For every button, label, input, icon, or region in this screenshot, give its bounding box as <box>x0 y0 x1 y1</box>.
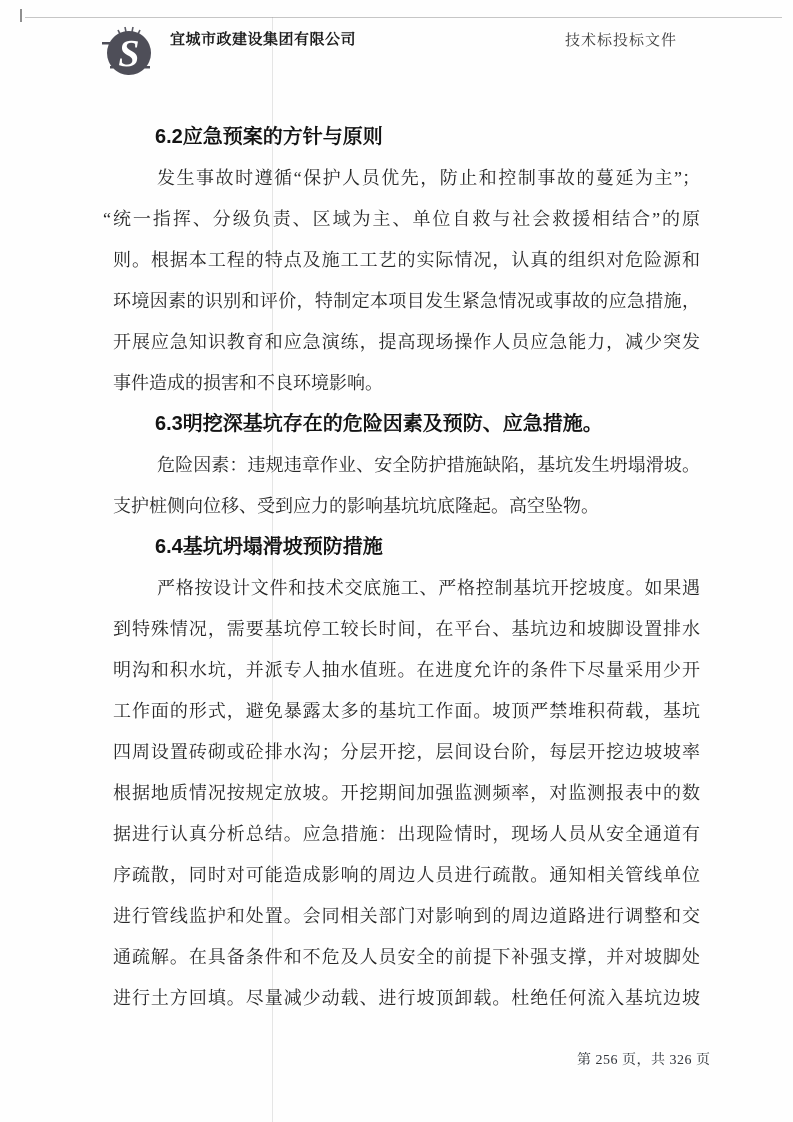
text-line: 严格按设计文件和技术交底施工、严格控制基坑开挖坡度。如果遇 <box>113 568 700 609</box>
text-line: 环境因素的识别和评价，特制定本项目发生紧急情况或事故的应急措施， <box>113 281 700 322</box>
section-heading-6-3: 6.3明挖深基坑存在的危险因素及预防、应急措施。 <box>113 404 700 445</box>
page-number: 第 256 页，共 326 页 <box>577 1049 711 1069</box>
text-line: 明沟和积水坑，并派专人抽水值班。在进度允许的条件下尽量采用少开 <box>113 650 700 691</box>
text-line: 支护桩侧向位移、受到应力的影响基坑坑底隆起。高空坠物。 <box>113 486 700 527</box>
document-body: 6.2应急预案的方针与原则 发生事故时遵循“保护人员优先，防止和控制事故的蔓延为… <box>113 117 700 1019</box>
text-line: 进行管线监护和处置。会同相关部门对影响到的周边道路进行调整和交 <box>113 896 700 937</box>
svg-text:S: S <box>118 33 139 75</box>
scan-tick-mark <box>20 9 22 22</box>
text-line: 通疏解。在具备条件和不危及人员安全的前提下补强支撑，并对坡脚处 <box>113 937 700 978</box>
text-line: 事件造成的损害和不良环境影响。 <box>113 363 700 404</box>
company-logo-icon: S <box>100 22 158 83</box>
document-type-label: 技术标投标文件 <box>565 29 677 50</box>
section-heading-6-2: 6.2应急预案的方针与原则 <box>113 117 700 158</box>
company-name: 宜城市政建设集团有限公司 <box>170 28 356 49</box>
text-line: 工作面的形式，避免暴露太多的基坑工作面。坡顶严禁堆积荷载，基坑 <box>113 691 700 732</box>
text-line: 危险因素：违规违章作业、安全防护措施缺陷，基坑发生坍塌滑坡。 <box>113 445 700 486</box>
text-line: 四周设置砖砌或砼排水沟；分层开挖，层间设台阶，每层开挖边坡坡率 <box>113 732 700 773</box>
text-line: 到特殊情况，需要基坑停工较长时间，在平台、基坑边和坡脚设置排水 <box>113 609 700 650</box>
text-line: 进行土方回填。尽量减少动载、进行坡顶卸载。杜绝任何流入基坑边坡 <box>113 978 700 1019</box>
section-heading-6-4: 6.4基坑坍塌滑坡预防措施 <box>113 527 700 568</box>
text-line: “统一指挥、分级负责、区域为主、单位自救与社会救援相结合”的原 <box>103 199 700 240</box>
text-line: 发生事故时遵循“保护人员优先，防止和控制事故的蔓延为主”； <box>113 158 700 199</box>
document-page: S 宜城市政建设集团有限公司 技术标投标文件 6.2应急预案的方针与原则 发生事… <box>0 0 793 1122</box>
text-line: 据进行认真分析总结。应急措施：出现险情时，现场人员从安全通道有 <box>113 814 700 855</box>
header-rule <box>25 17 782 18</box>
text-line: 根据地质情况按规定放坡。开挖期间加强监测频率，对监测报表中的数 <box>113 773 700 814</box>
text-line: 则。根据本工程的特点及施工工艺的实际情况，认真的组织对危险源和 <box>113 240 700 281</box>
text-line: 开展应急知识教育和应急演练，提高现场操作人员应急能力，减少突发 <box>113 322 700 363</box>
text-line: 序疏散，同时对可能造成影响的周边人员进行疏散。通知相关管线单位 <box>113 855 700 896</box>
